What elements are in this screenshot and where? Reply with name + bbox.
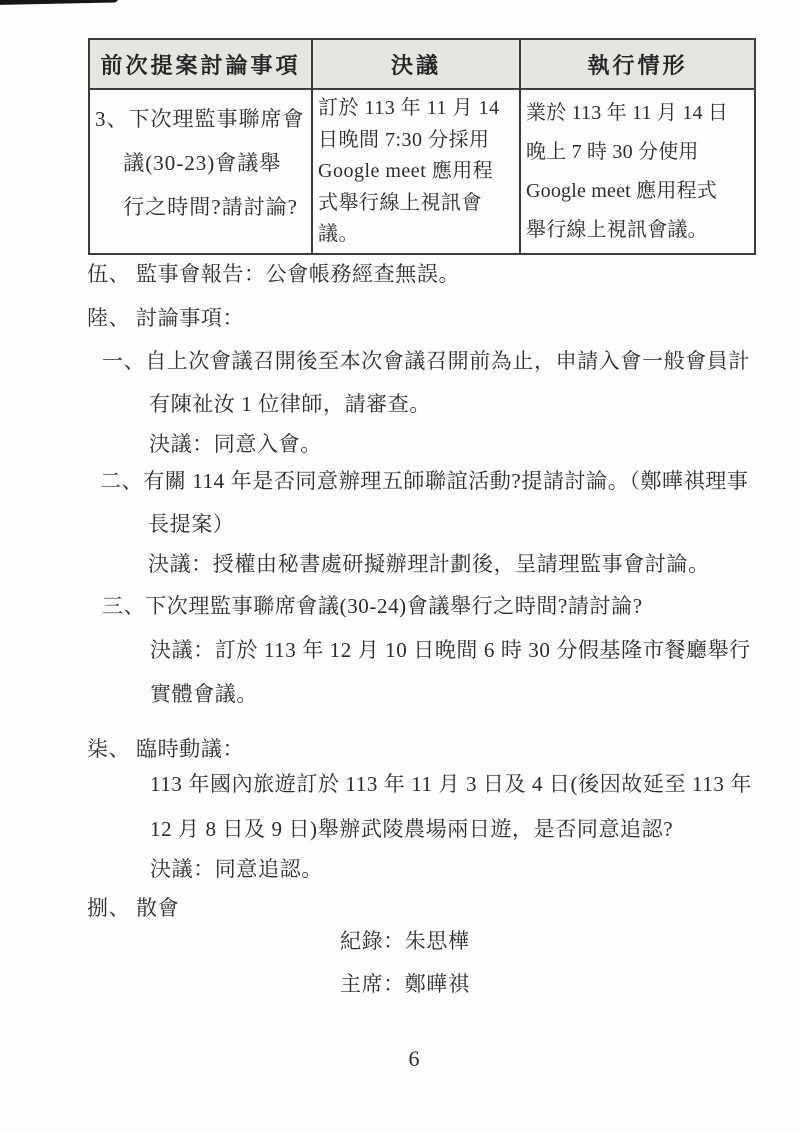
line-motion-text: 113 年國內旅遊訂於 113 年 11 月 3 日及 4 日(後因故延至 11… (150, 769, 752, 799)
line-item3-resolution-cont: 實體會議。 (150, 679, 258, 709)
table-header-topic: 前次提案討論事項 (90, 40, 311, 90)
line-motion-resolution: 決議：同意追認。 (150, 854, 323, 884)
table-header-resolution: 決議 (311, 40, 521, 90)
line-item3-resolution: 決議：訂於 113 年 12 月 10 日晚間 6 時 30 分假基隆市餐廳舉行 (150, 635, 751, 665)
table-cell-resolution: 訂於 113 年 11 月 14 日晚間 7:30 分採用 Google mee… (311, 90, 521, 253)
line-discussion-items-heading: 陸、 討論事項： (87, 303, 244, 333)
page-number: 6 (0, 1046, 800, 1072)
document-page: 前次提案討論事項 決議 執行情形 3、下次理監事聯席會 議(30-23)會議舉 … (0, 0, 800, 1132)
line-adjournment: 捌、 散會 (87, 893, 179, 923)
line-motion-text-cont: 12 月 8 日及 9 日)舉辦武陵農場兩日遊，是否同意追認? (150, 814, 673, 844)
line-item2-text: 二、有關 114 年是否同意辦理五師聯誼活動?提請討論。（鄭曄祺理事 (100, 466, 748, 496)
line-recorder-signature: 紀錄：朱思樺 (340, 926, 470, 956)
table-cell-execution: 業於 113 年 11 月 14 日 晚上 7 時 30 分使用 Google … (521, 90, 754, 253)
previous-proposals-table: 前次提案討論事項 決議 執行情形 3、下次理監事聯席會 議(30-23)會議舉 … (88, 38, 756, 255)
scan-mark (0, 0, 118, 5)
line-item2-text-cont: 長提案） (148, 509, 234, 539)
line-extempore-motions-heading: 柒、 臨時動議： (87, 734, 244, 764)
line-item1-text: 一、自上次會議召開後至本次會議召開前為止，申請入會一般會員計 (102, 346, 750, 376)
line-item1-resolution: 決議：同意入會。 (149, 429, 322, 459)
line-chairman-signature: 主席：鄭曄祺 (340, 969, 470, 999)
line-item1-text-cont: 有陳祉汝 1 位律師，請審查。 (149, 389, 431, 419)
line-supervisors-report: 伍、 監事會報告：公會帳務經查無誤。 (87, 259, 460, 289)
table-header-execution: 執行情形 (521, 40, 754, 90)
line-item2-resolution: 決議：授權由秘書處研擬辦理計劃後，呈請理監事會討論。 (148, 549, 710, 579)
table-cell-topic: 3、下次理監事聯席會 議(30-23)會議舉 行之時間?請討論? (90, 90, 311, 253)
line-item3-text: 三、下次理監事聯席會議(30-24)會議舉行之時間?請討論? (102, 591, 643, 621)
